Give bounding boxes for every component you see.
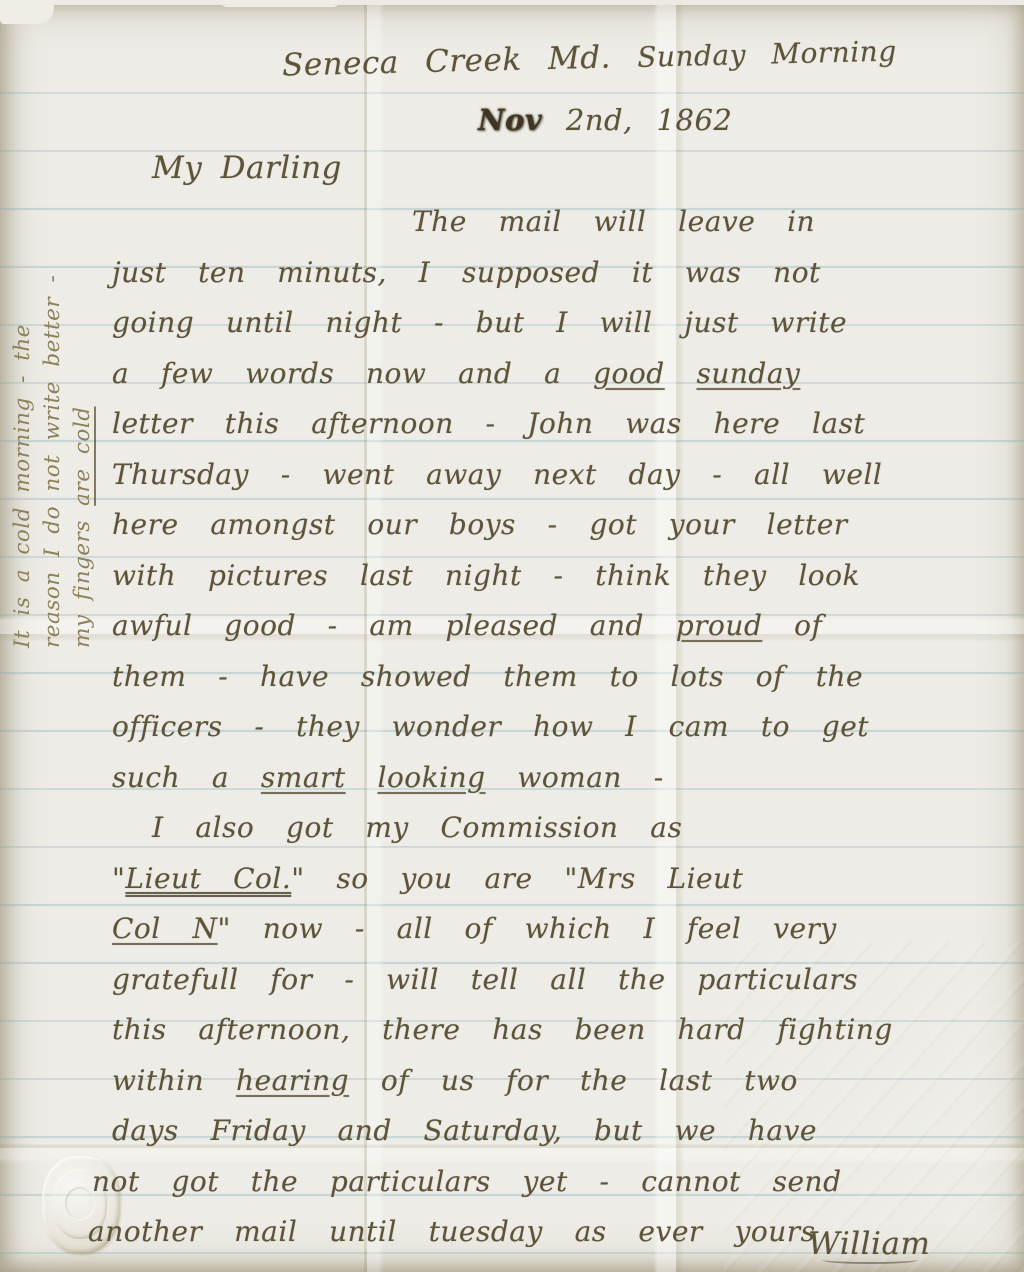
date-rest: 2nd, 1862 <box>566 103 732 137</box>
letter-text: such a <box>112 761 261 794</box>
letter-line: The mail will leave in <box>112 197 1012 248</box>
letter-underlined-text: Col N <box>112 912 218 945</box>
letter-text: gratefull for - will tell all the partic… <box>112 963 858 996</box>
letter-text: " <box>112 862 125 895</box>
signature: William <box>808 1226 930 1262</box>
letter-line: awful good - am pleased and proud of <box>112 601 1012 652</box>
letter-underlined-text: smart <box>261 761 346 794</box>
letter-text: here amongst our boys - got your letter <box>112 508 848 541</box>
heading-day-phrase: Sunday Morning <box>637 34 897 73</box>
letter-text: officers - they wonder how I cam to get <box>112 710 869 743</box>
margin-note-line: my fingers are cold <box>68 48 98 648</box>
letter-text: I also got my Commission as <box>152 811 682 844</box>
letter-line: officers - they wonder how I cam to get <box>112 702 1012 753</box>
date-month: Nov <box>478 103 542 137</box>
letter-text: of us for the last two <box>349 1064 798 1097</box>
margin-note: It is a cold morning - the reason I do n… <box>8 48 98 648</box>
letter-line: I also got my Commission as <box>112 803 1012 854</box>
letter-line: days Friday and Saturday, but we have <box>112 1106 1012 1157</box>
letter-underlined-text: good <box>593 357 665 390</box>
letter-text: woman - <box>486 761 664 794</box>
letter-underlined-text: sunday <box>696 357 800 390</box>
torn-edge <box>220 0 340 7</box>
letter-text: days Friday and Saturday, but we have <box>112 1114 817 1147</box>
torn-corner <box>0 0 54 24</box>
letter-line: with pictures last night - think they lo… <box>112 551 1012 602</box>
letter-line: them - have showed them to lots of the <box>112 652 1012 703</box>
letter-line: within hearing of us for the last two <box>112 1056 1012 1107</box>
letter-text: of <box>762 609 822 642</box>
letter-date: Nov 2nd, 1862 <box>478 103 732 137</box>
margin-note-line: It is a cold morning - the <box>8 48 38 648</box>
letter-line: gratefull for - will tell all the partic… <box>112 955 1012 1006</box>
letter-text: " now - all of which I feel very <box>218 912 837 945</box>
letter-text <box>665 357 697 390</box>
letter-line: Thursday - went away next day - all well <box>112 450 1012 501</box>
letter-text: " so you are "Mrs Lieut <box>291 862 743 895</box>
letter-line: here amongst our boys - got your letter <box>112 500 1012 551</box>
letter-line: such a smart looking woman - <box>112 753 1012 804</box>
letter-text: Thursday - went away next day - all well <box>112 458 882 491</box>
letter-underlined-text: proud <box>676 609 763 642</box>
margin-note-underlined-text: are cold <box>70 407 95 506</box>
letter-text: a few words now and a <box>112 357 593 390</box>
letter-text: awful good - am pleased and <box>112 609 676 642</box>
letter-scan: It is a cold morning - the reason I do n… <box>0 0 1024 1272</box>
salutation: My Darling <box>152 150 342 186</box>
letter-line: Col N" now - all of which I feel very <box>112 904 1012 955</box>
letter-text: within <box>112 1064 236 1097</box>
letter-text: another mail until tuesday as ever yours <box>88 1215 816 1248</box>
letter-underlined-text: hearing <box>236 1064 349 1097</box>
letter-text: just ten minuts, I supposed it was not <box>112 256 821 289</box>
letter-line: "Lieut Col." so you are "Mrs Lieut <box>112 854 1012 905</box>
letter-line: this afternoon, there has been hard figh… <box>112 1005 1012 1056</box>
letter-text: them - have showed them to lots of the <box>112 660 863 693</box>
letter-text: not got the particulars yet - cannot sen… <box>92 1165 842 1198</box>
letter-text <box>346 761 378 794</box>
scan-backing-edge <box>0 0 1024 5</box>
letter-body: The mail will leave injust ten minuts, I… <box>112 197 1012 1258</box>
letter-line: not got the particulars yet - cannot sen… <box>92 1157 1012 1208</box>
letter-text: going until night - but I will just writ… <box>112 306 847 339</box>
letter-underlined-text: Lieut Col. <box>125 862 291 895</box>
letter-line: letter this afternoon - John was here la… <box>112 399 1012 450</box>
letter-line: just ten minuts, I supposed it was not <box>112 248 1012 299</box>
letter-line: a few words now and a good sunday <box>112 349 1012 400</box>
letter-text: this afternoon, there has been hard figh… <box>112 1013 893 1046</box>
letter-text: letter this afternoon - John was here la… <box>112 407 865 440</box>
signature-flourish <box>822 1256 918 1264</box>
margin-note-text: my fingers <box>70 506 95 648</box>
letter-text: with pictures last night - think they lo… <box>112 559 860 592</box>
margin-note-line: reason I do not write better - <box>38 48 68 648</box>
letter-text: The mail will leave in <box>412 205 815 238</box>
letter-underlined-text: looking <box>377 761 485 794</box>
letter-line: going until night - but I will just writ… <box>112 298 1012 349</box>
